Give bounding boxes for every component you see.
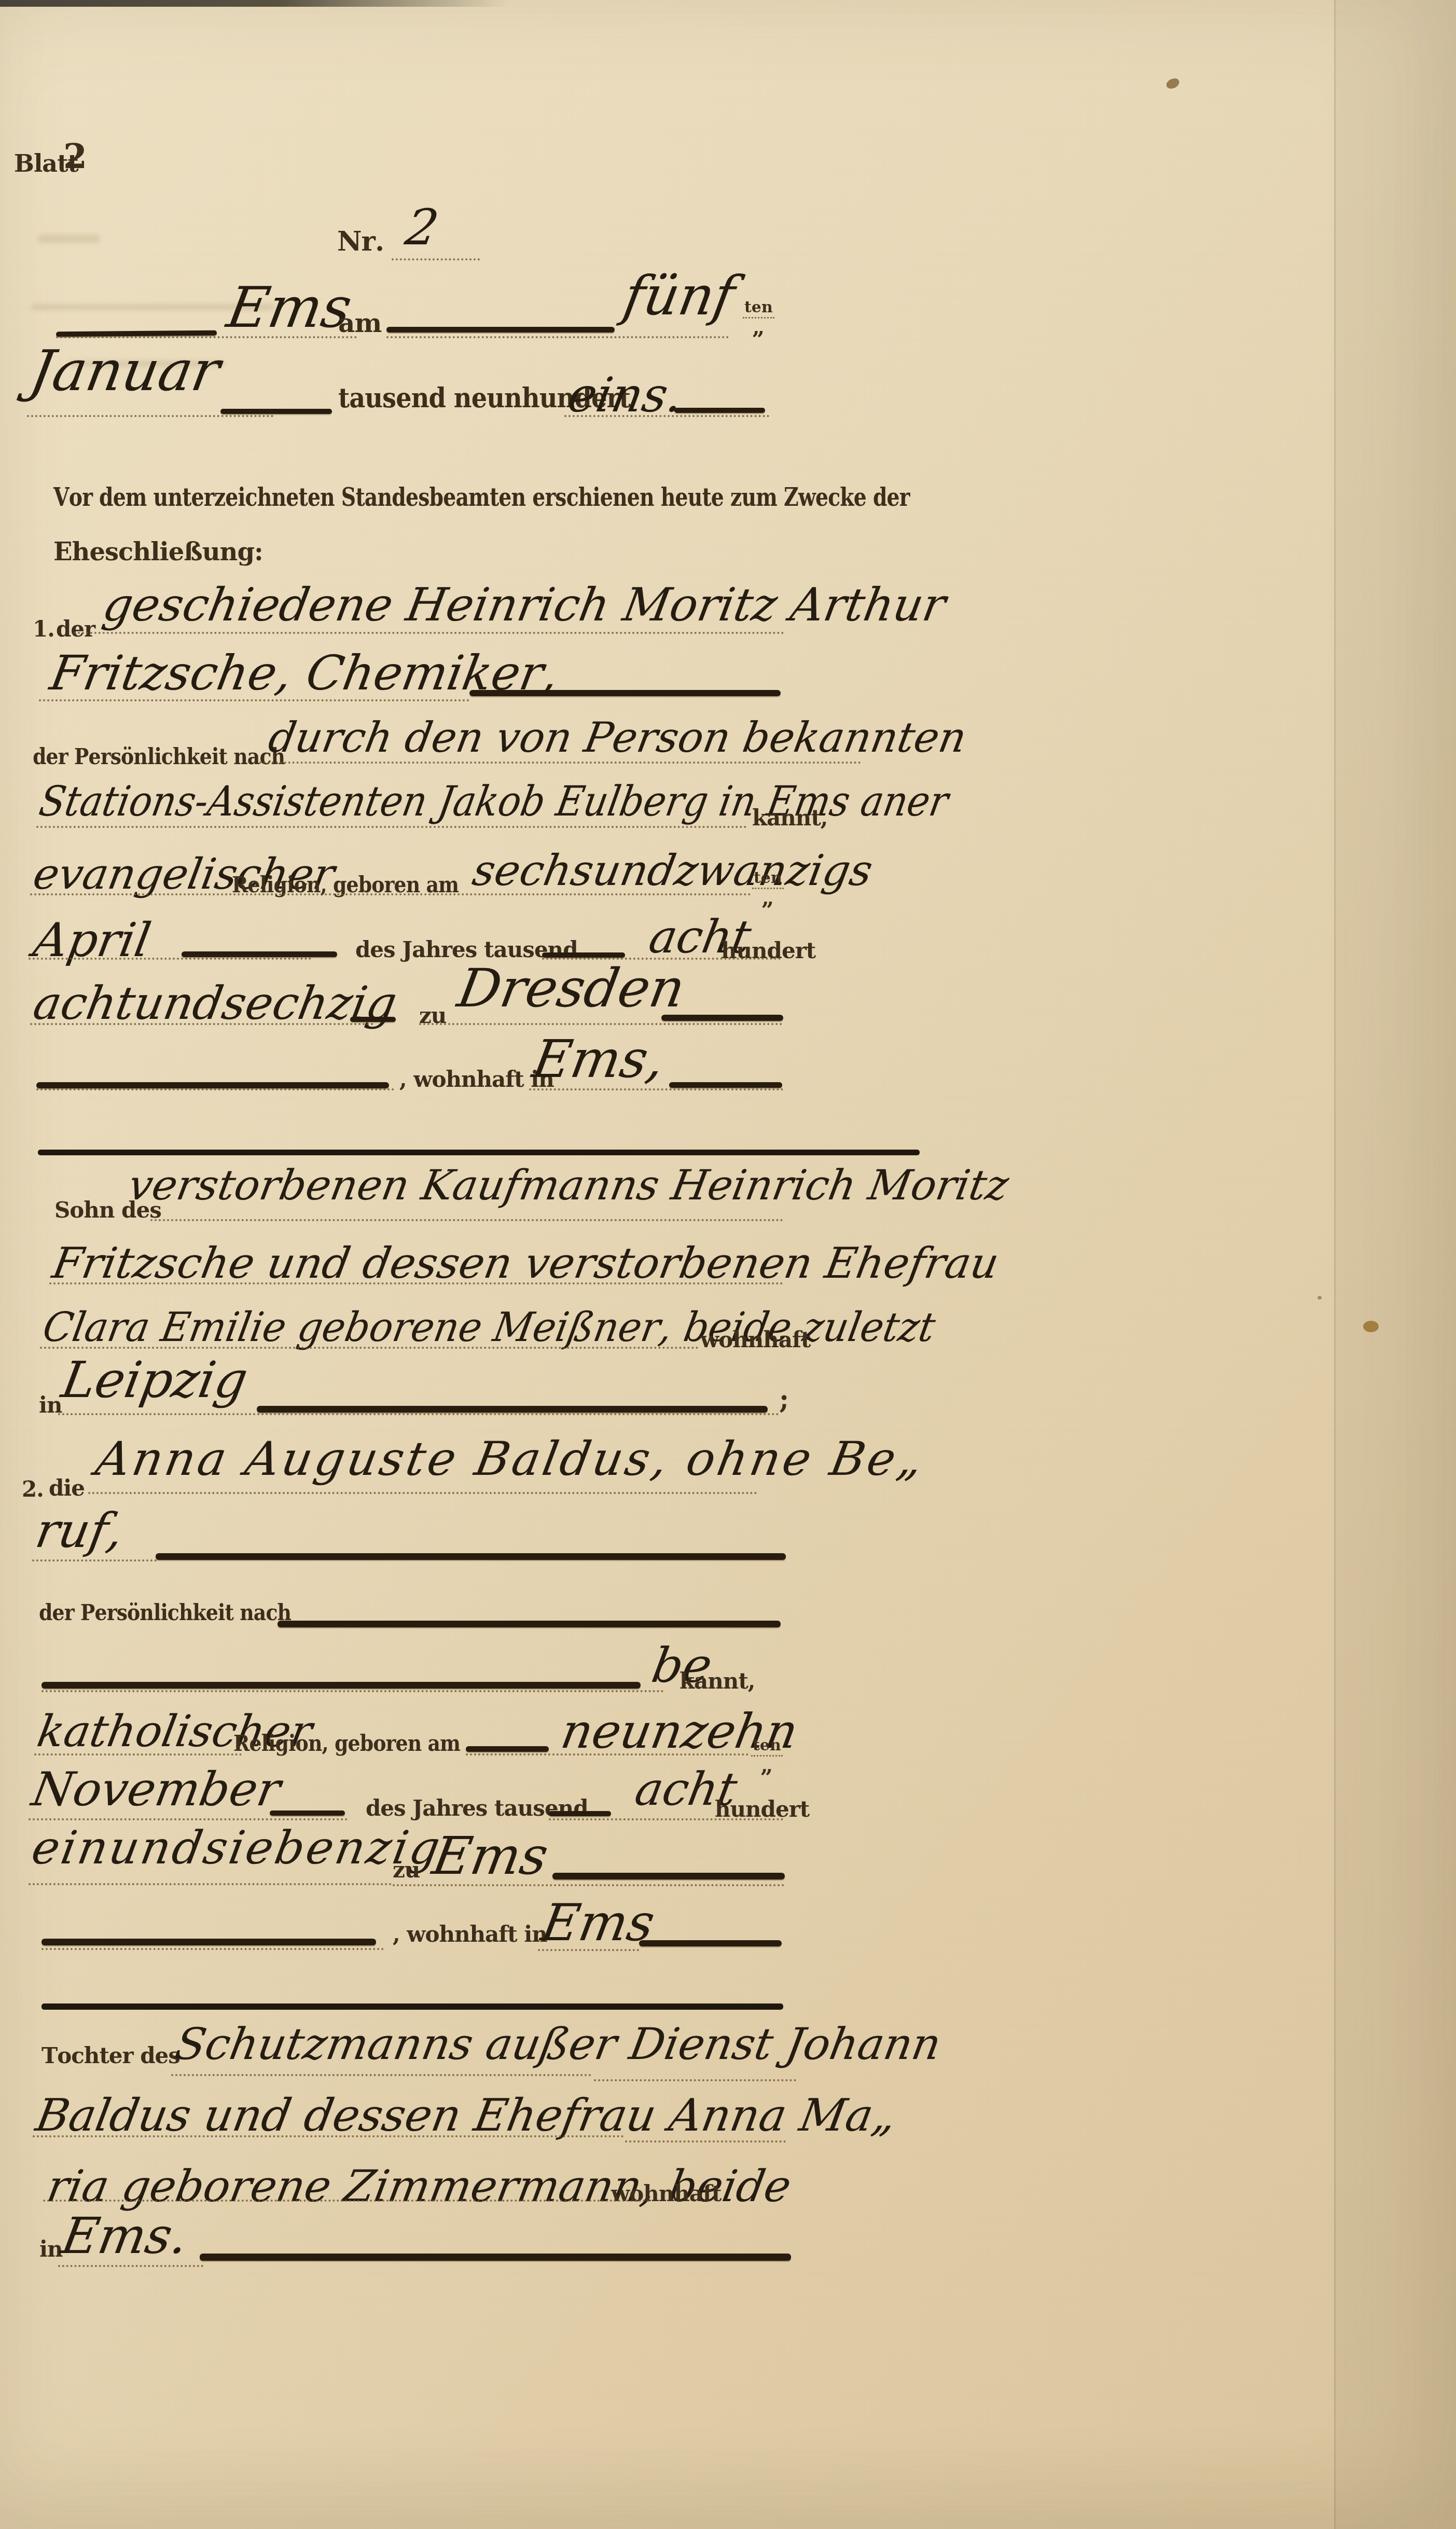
- stain-speck: [1363, 1321, 1379, 1332]
- groom-parents-wohnhaft-label: wohnhaft: [700, 1329, 810, 1351]
- dotted-baseline: [29, 958, 311, 960]
- bride-kannt-label: kannt,: [680, 1670, 755, 1692]
- dotted-baseline: [34, 1753, 242, 1756]
- bride-parents-label: Tochter des: [41, 2045, 180, 2067]
- dotted-baseline: [30, 1023, 373, 1025]
- bride-birth-place: Ems: [429, 1830, 552, 1882]
- ink-fill-line: [661, 1015, 783, 1021]
- groom-parents-line2: Fritzsche und dessen verstorbenen Ehefra…: [49, 1242, 1002, 1285]
- scan-edge-strip: [0, 0, 508, 7]
- groom-birth-month: April: [30, 917, 154, 964]
- groom-index: 1.: [33, 618, 54, 640]
- dotted-baseline: [171, 2074, 591, 2076]
- bride-hundert-label: hundert: [715, 1799, 809, 1820]
- ink-fill-line: [156, 1553, 786, 1560]
- ink-fill-line: [639, 1940, 782, 1946]
- groom-kannt-label: kannt,: [752, 807, 827, 829]
- ink-fill-line: [669, 1082, 782, 1088]
- dotted-baseline: [33, 2135, 624, 2137]
- groom-parents-line1: verstorbenen Kaufmanns Heinrich Moritz: [126, 1165, 1012, 1206]
- bride-index: 2.: [22, 1478, 44, 1500]
- header-year: eins.: [564, 371, 687, 419]
- bride-parents-residence: Ems.: [58, 2211, 192, 2261]
- groom-identity-label: der Persönlichkeit nach: [33, 746, 285, 768]
- dotted-baseline: [49, 1282, 783, 1284]
- ink-fill-line: [41, 1682, 641, 1689]
- bride-zu-label: zu: [393, 1859, 420, 1881]
- dotted-baseline: [529, 1088, 783, 1090]
- ink-fill-line: [220, 409, 332, 414]
- ink-fill-line: [257, 1406, 768, 1413]
- dotted-baseline: [30, 893, 751, 895]
- intro-line1: Vor dem unterzeichneten Standesbeamten e…: [53, 485, 910, 510]
- dotted-baseline: [74, 632, 784, 634]
- ink-fill-line: [41, 1939, 376, 1945]
- dotted-baseline: [392, 258, 480, 260]
- groom-residence: Ems,: [529, 1033, 669, 1085]
- ink-fill-line: [552, 1873, 785, 1880]
- ink-fill-line: [469, 690, 781, 696]
- ink-fill-line: [386, 327, 615, 333]
- groom-parents-semicolon: ;: [779, 1386, 788, 1413]
- record-no-value: 2: [402, 203, 442, 253]
- dotted-baseline: [58, 2265, 203, 2267]
- bride-religion-label: Religion, geboren am: [233, 1733, 460, 1754]
- bride-identity-label: der Persönlichkeit nach: [39, 1602, 291, 1624]
- header-day: fünf: [620, 269, 739, 323]
- ordinal-suffix: ten „: [751, 1738, 783, 1771]
- ink-fill-line: [182, 951, 337, 957]
- dotted-baseline: [27, 415, 273, 417]
- section-divider-rule: [38, 1150, 920, 1155]
- ink-fill-line: [270, 1811, 345, 1816]
- groom-religion-label: Religion, geboren am: [232, 874, 459, 896]
- ink-fill-line: [542, 952, 625, 958]
- am-label: am: [338, 310, 381, 336]
- dotted-baseline: [29, 1818, 348, 1820]
- dotted-baseline: [259, 762, 861, 764]
- section-divider-rule: [41, 2003, 783, 2010]
- groom-parents-residence: Leipzig: [58, 1355, 251, 1405]
- bride-birth-month: November: [29, 1766, 284, 1813]
- dotted-baseline: [36, 826, 747, 828]
- dotted-baseline: [386, 336, 729, 338]
- dotted-baseline: [58, 1413, 779, 1415]
- dotted-baseline: [538, 1949, 639, 1951]
- dotted-baseline: [625, 2140, 786, 2143]
- record-no-label: Nr.: [337, 228, 384, 255]
- dotted-baseline: [36, 1088, 394, 1090]
- dotted-baseline: [150, 1219, 783, 1221]
- header-place: Ems: [223, 280, 356, 336]
- bride-parents-line2: Baldus und dessen Ehefrau Anna Ma„: [33, 2093, 899, 2138]
- groom-article: der: [56, 618, 95, 640]
- groom-birth-day: sechsundzwanzigs: [469, 850, 876, 892]
- bride-parents-line1: Schutzmanns außer Dienst Johann: [172, 2022, 944, 2066]
- dotted-baseline: [393, 1884, 784, 1886]
- ordinal-suffix: ten „: [743, 300, 774, 333]
- page-fold-shadow: [1334, 0, 1456, 2529]
- ink-fill-line: [674, 408, 765, 413]
- groom-birth-place: Dresden: [454, 962, 689, 1015]
- dotted-baseline: [88, 1492, 757, 1494]
- dotted-baseline: [43, 2200, 650, 2202]
- dotted-baseline: [40, 1347, 699, 1349]
- dotted-baseline: [29, 1883, 392, 1885]
- ink-fill-line: [350, 1017, 396, 1022]
- dotted-baseline: [549, 1818, 783, 1820]
- ink-fill-line: [549, 1811, 611, 1816]
- dotted-baseline: [594, 2079, 796, 2081]
- bride-name-carry: ruf,: [32, 1507, 127, 1555]
- dotted-baseline: [41, 1948, 384, 1950]
- ordinal-suffix-mark: „: [761, 889, 774, 903]
- offset-ghost-mark: [38, 234, 100, 243]
- intro-line2: Eheschließung:: [53, 540, 263, 564]
- bride-birth-year: einundsiebenzig: [29, 1825, 445, 1871]
- groom-names: geschiedene Heinrich Moritz Arthur: [100, 582, 949, 628]
- ink-fill-line: [36, 1082, 389, 1088]
- ordinal-suffix: ten „: [752, 870, 784, 903]
- bride-article: die: [49, 1477, 85, 1499]
- groom-birth-year: achtundsechzig: [30, 980, 400, 1026]
- ink-fill-line: [466, 1746, 549, 1752]
- ordinal-suffix-mark: „: [760, 1757, 773, 1771]
- sheet-number: 2: [63, 139, 87, 173]
- bride-names: Anna Auguste Baldus, ohne Be„: [92, 1436, 928, 1483]
- dotted-baseline: [564, 415, 769, 417]
- stain-speck: [1164, 76, 1181, 90]
- dotted-baseline: [419, 1023, 782, 1025]
- dotted-baseline: [32, 1559, 157, 1561]
- ordinal-suffix-mark: „: [752, 319, 765, 333]
- marriage-register-scan: Blatt 2 Nr. 2 Ems am fünf ten „ Januar t…: [0, 0, 1456, 2529]
- ink-fill-line: [200, 2254, 791, 2261]
- dotted-baseline: [466, 1753, 748, 1756]
- dotted-baseline: [41, 1690, 664, 1692]
- stain-speck: [1318, 1296, 1322, 1300]
- dotted-baseline: [39, 699, 469, 701]
- ink-fill-line: [278, 1621, 781, 1627]
- groom-identity-line1: durch den von Person bekannten: [266, 717, 969, 758]
- header-month: Januar: [26, 343, 224, 399]
- bride-wohnhaft-label: , wohnhaft in: [393, 1924, 547, 1945]
